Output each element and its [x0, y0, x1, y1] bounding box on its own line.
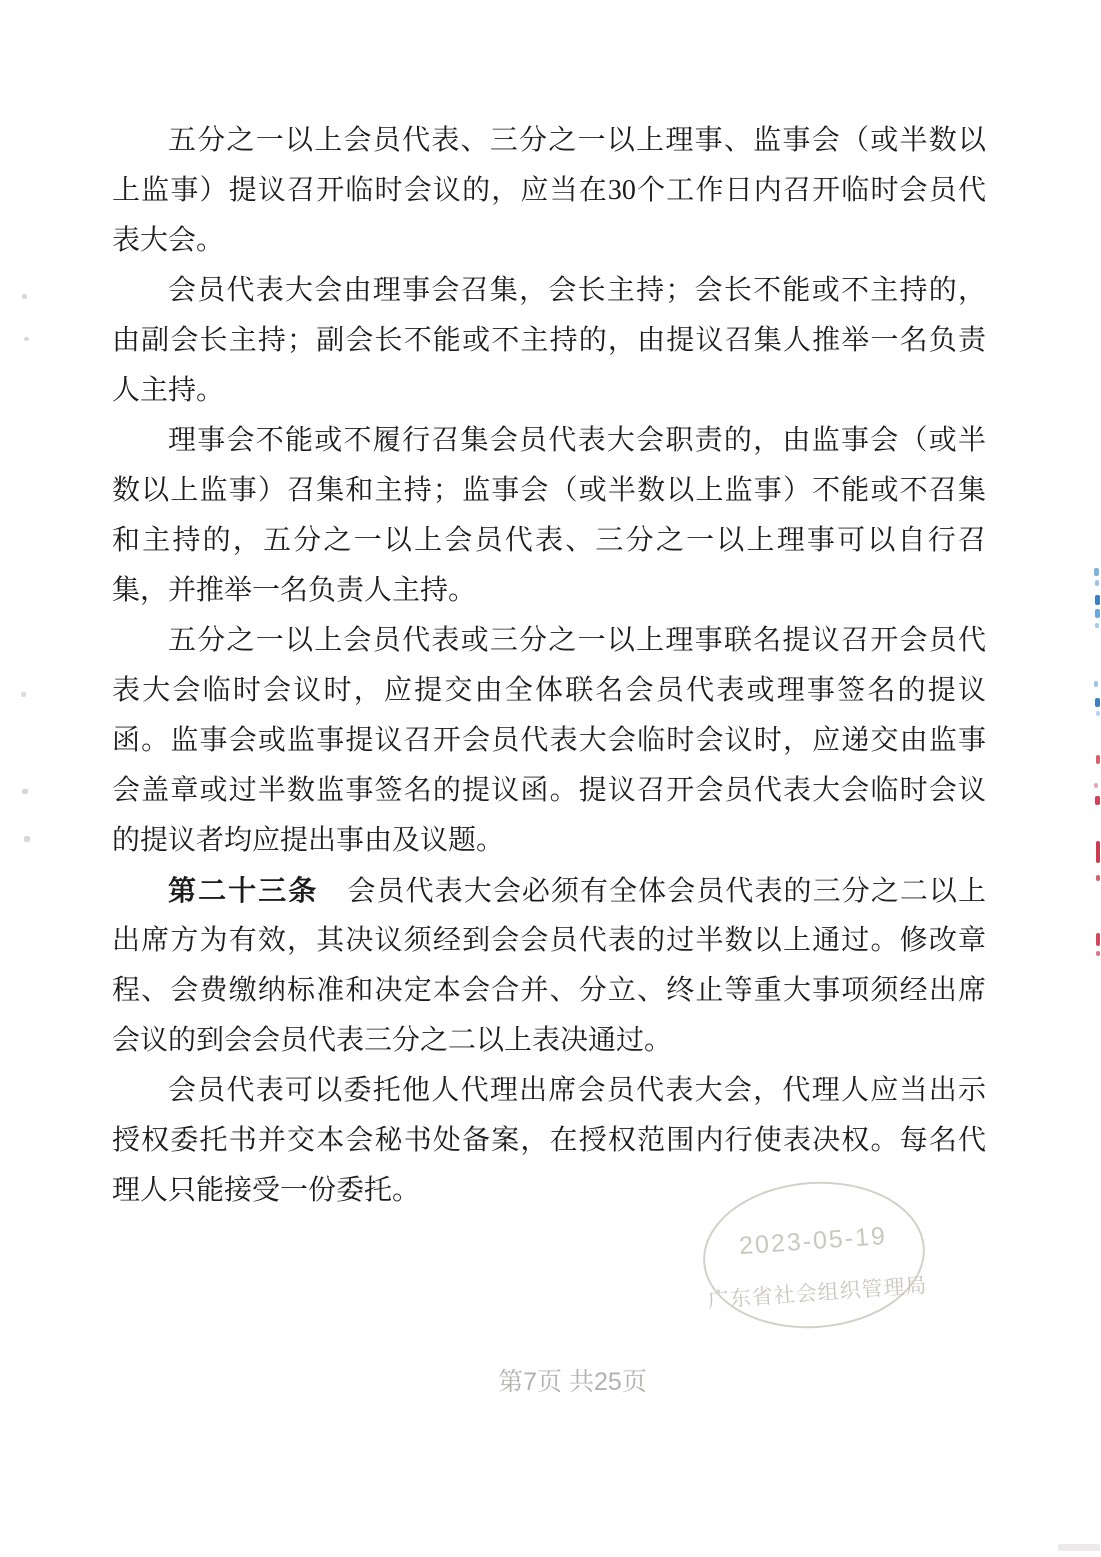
text-line: 会员代表大会由理事会召集，会长主持；会长不能或不主持的， [112, 266, 986, 316]
paragraph: 五分之一以上会员代表、三分之一以上理事、监事会（或半数以上监事）提议召开临时会议… [112, 116, 986, 266]
scan-artifact [1096, 711, 1100, 716]
scan-artifact [1095, 796, 1100, 805]
scan-artifact [1095, 609, 1100, 618]
text-line: 出席方为有效，其决议须经到会会员代表的过半数以上通过。修改章 [112, 916, 986, 966]
scan-artifact [1095, 595, 1100, 605]
text-line: 集，并推举一名负责人主持。 [112, 566, 986, 616]
scan-artifact [21, 692, 26, 697]
text-line: 表大会临时会议时，应提交由全体联名会员代表或理事签名的提议 [112, 666, 986, 716]
scan-artifact [1094, 783, 1098, 788]
approval-stamp: 2023-05-19 广东省社会组织管理局 [698, 1174, 930, 1335]
scan-artifact [1058, 1544, 1100, 1551]
article-number: 第二十三条 [168, 875, 318, 906]
scan-artifact [1095, 623, 1099, 628]
scan-artifact [1096, 933, 1100, 946]
scan-artifact [1094, 681, 1098, 687]
paragraph: 会员代表大会由理事会召集，会长主持；会长不能或不主持的，由副会长主持；副会长不能… [112, 266, 986, 416]
text-line: 函。监事会或监事提议召开会员代表大会临时会议时，应递交由监事 [112, 716, 986, 766]
text-line: 数以上监事）召集和主持；监事会（或半数以上监事）不能或不召集 [112, 466, 986, 516]
page-footer: 第7页 共25页 [0, 1362, 1101, 1398]
scan-artifact [1096, 755, 1100, 764]
text-line: 程、会费缴纳标准和决定本会合并、分立、终止等重大事项须经出席 [112, 966, 986, 1016]
text-line: 的提议者均应提出事由及议题。 [112, 816, 986, 866]
text-line: 会议的到会会员代表三分之二以上表决通过。 [112, 1016, 986, 1066]
paragraph: 五分之一以上会员代表或三分之一以上理事联名提议召开会员代表大会临时会议时，应提交… [112, 616, 986, 866]
scan-artifact [22, 789, 28, 794]
text-line: 由副会长主持；副会长不能或不主持的，由提议召集人推举一名负责 [112, 316, 986, 366]
scan-artifact [1096, 875, 1100, 881]
scan-artifact [1094, 568, 1099, 576]
scan-artifact [1095, 580, 1099, 586]
text-line: 和主持的，五分之一以上会员代表、三分之一以上理事可以自行召 [112, 516, 986, 566]
paragraph: 第二十三条 会员代表大会必须有全体会员代表的三分之二以上出席方为有效，其决议须经… [112, 866, 986, 1066]
scan-artifact [1096, 841, 1100, 863]
text-line: 会盖章或过半数监事签名的提议函。提议召开会员代表大会临时会议 [112, 766, 986, 816]
document-body: 五分之一以上会员代表、三分之一以上理事、监事会（或半数以上监事）提议召开临时会议… [112, 116, 986, 1216]
text-line: 理事会不能或不履行召集会员代表大会职责的，由监事会（或半 [112, 416, 986, 466]
text-line: 第二十三条 会员代表大会必须有全体会员代表的三分之二以上 [112, 866, 986, 916]
paragraph: 理事会不能或不履行召集会员代表大会职责的，由监事会（或半数以上监事）召集和主持；… [112, 416, 986, 616]
scan-artifact [24, 836, 30, 842]
scan-artifact [1096, 951, 1100, 956]
text-line: 表大会。 [112, 216, 986, 266]
document-page: 五分之一以上会员代表、三分之一以上理事、监事会（或半数以上监事）提议召开临时会议… [0, 0, 1101, 1557]
scan-artifact [22, 294, 27, 299]
text-line: 会员代表可以委托他人代理出席会员代表大会，代理人应当出示 [112, 1066, 986, 1116]
text-line: 授权委托书并交本会秘书处备案，在授权范围内行使表决权。每名代 [112, 1116, 986, 1166]
scan-artifact [24, 337, 29, 341]
scan-artifact [1095, 698, 1100, 707]
text-line: 人主持。 [112, 366, 986, 416]
text-line: 五分之一以上会员代表、三分之一以上理事、监事会（或半数以 [112, 116, 986, 166]
text-line: 上监事）提议召开临时会议的，应当在30个工作日内召开临时会员代 [112, 166, 986, 216]
text-line: 五分之一以上会员代表或三分之一以上理事联名提议召开会员代 [112, 616, 986, 666]
